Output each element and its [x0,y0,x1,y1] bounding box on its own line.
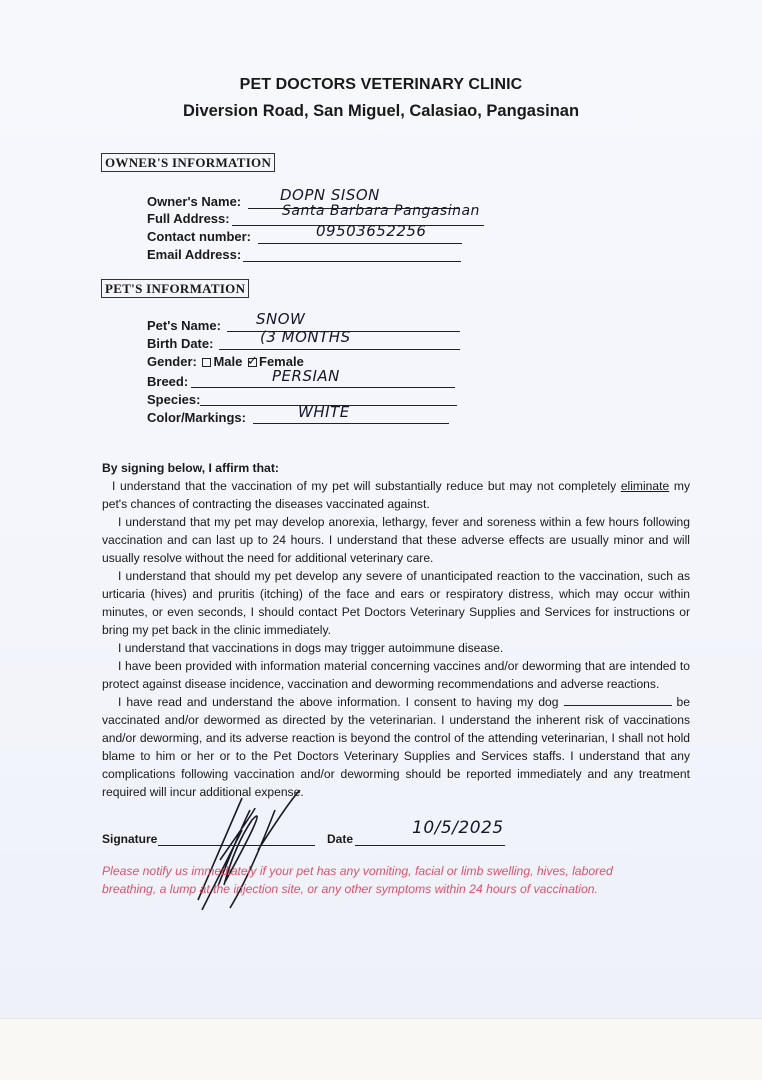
contact-line [258,243,462,244]
pet-section-title: PET'S INFORMATION [101,279,249,298]
birth-date-label: Birth Date: [147,336,213,351]
pet-name-field[interactable]: SNOW [256,310,305,328]
consent-paragraph-4: I understand that vaccinations in dogs m… [102,639,690,657]
consent-paragraph-3: I understand that should my pet develop … [102,567,690,639]
contact-field[interactable]: 09503652256 [316,222,426,240]
breed-label: Breed: [147,374,188,389]
consent-intro: By signing below, I affirm that: [102,459,690,477]
species-label: Species: [147,392,200,407]
consent-text: By signing below, I affirm that: I under… [102,459,690,801]
owner-name-label: Owner's Name: [147,194,241,209]
male-option-label: Male [213,354,242,369]
dog-name-blank[interactable] [564,695,672,706]
female-checkbox[interactable]: ✓ [248,358,257,367]
document-page: PET DOCTORS VETERINARY CLINIC Diversion … [0,0,762,1018]
owner-section-title: OWNER'S INFORMATION [101,153,275,172]
post-vaccination-notice: Please notify us immediately if your pet… [102,862,662,898]
breed-line [191,387,455,388]
date-label: Date [327,832,353,846]
date-line [355,845,505,846]
color-label: Color/Markings: [147,410,246,425]
consent-paragraph-2: I understand that my pet may develop ano… [102,513,690,567]
email-label: Email Address: [147,247,241,262]
email-line [243,261,461,262]
consent-paragraph-5: I have been provided with information ma… [102,657,690,693]
consent-paragraph-1: I understand that the vaccination of my … [102,477,690,513]
check-mark-icon: ✓ [247,353,258,369]
address-field[interactable]: Santa Barbara Pangasinan [282,203,480,219]
signature-label: Signature [102,832,157,846]
gender-label: Gender: [147,354,197,369]
birth-date-line [219,349,460,350]
clinic-address: Diversion Road, San Miguel, Calasiao, Pa… [0,102,762,121]
male-checkbox[interactable] [202,358,211,367]
date-field[interactable]: 10/5/2025 [412,818,504,838]
contact-label: Contact number: [147,229,251,244]
color-line [253,423,449,424]
owner-name-field[interactable]: DOPN SISON [280,186,380,204]
address-label: Full Address: [147,211,230,226]
birth-date-field[interactable]: (3 MONTHS [260,328,351,346]
consent-paragraph-6: I have read and understand the above inf… [102,693,690,801]
clinic-name: PET DOCTORS VETERINARY CLINIC [0,76,762,94]
pet-name-label: Pet's Name: [147,318,221,333]
scan-background [0,1018,762,1080]
color-field[interactable]: WHITE [298,403,350,421]
breed-field[interactable]: PERSIAN [272,367,340,385]
